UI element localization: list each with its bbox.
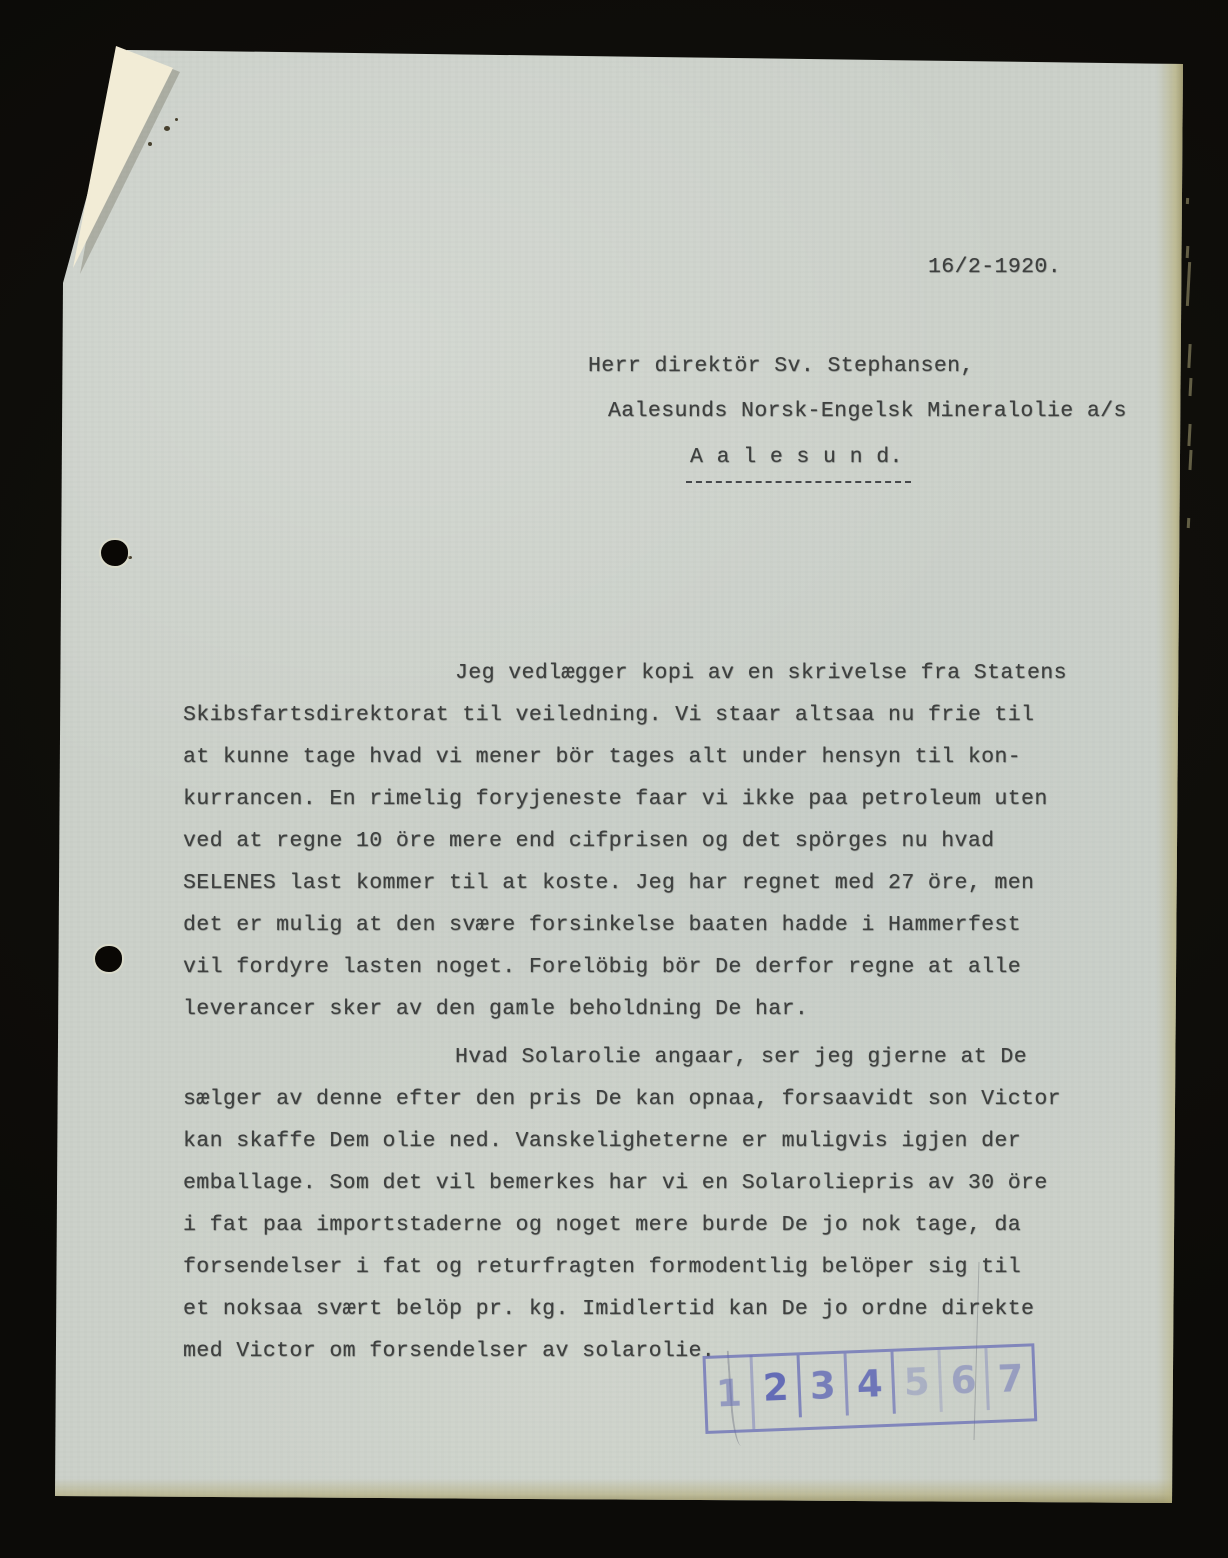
- stamp-digit: 3: [800, 1353, 849, 1417]
- binding-mark: [1187, 424, 1191, 446]
- body-line: at kunne tage hvad vi mener bör tages al…: [183, 736, 1088, 778]
- paper-speck: [164, 126, 170, 131]
- letter-body: Jeg vedlægger kopi av en skrivelse fra S…: [183, 652, 1088, 1372]
- stamp-digit: 5: [893, 1350, 942, 1414]
- stamp-digit: 2: [753, 1355, 802, 1419]
- body-line: Jeg vedlægger kopi av en skrivelse fra S…: [183, 652, 1088, 694]
- recipient-city: A a l e s u n d.: [686, 435, 1127, 483]
- punch-hole: [95, 946, 122, 972]
- body-line: vil fordyre lasten noget. Forelöbig bör …: [183, 946, 1088, 988]
- binding-mark: [1186, 198, 1189, 204]
- body-line: kan skaffe Dem olie ned. Vanskelighetern…: [183, 1120, 1088, 1162]
- binding-mark: [1188, 450, 1192, 470]
- body-line: ved at regne 10 öre mere end cifprisen o…: [183, 820, 1088, 862]
- binding-mark: [1189, 378, 1193, 396]
- body-line: leverancer sker av den gamle beholdning …: [183, 988, 1088, 1030]
- paper-speck: [148, 142, 152, 146]
- binding-mark: [1187, 344, 1191, 368]
- body-line: i fat paa importstaderne og noget mere b…: [183, 1204, 1088, 1246]
- body-line: kurrancen. En rimelig foryjeneste faar v…: [183, 778, 1088, 820]
- recipient-block: Herr direktör Sv. Stephansen, Aalesunds …: [588, 344, 1127, 483]
- stamp-digit: 6: [940, 1348, 989, 1412]
- body-line: det er mulig at den svære forsinkelse ba…: [183, 904, 1088, 946]
- stamp-digit: 7: [987, 1346, 1033, 1410]
- recipient-company: Aalesunds Norsk-Engelsk Mineralolie a/s: [608, 389, 1127, 434]
- body-line: SELENES last kommer til at koste. Jeg ha…: [183, 862, 1088, 904]
- letter-date: 16/2-1920.: [928, 255, 1061, 279]
- body-line: Hvad Solarolie angaar, ser jeg gjerne at…: [183, 1036, 1088, 1078]
- body-line: et noksaa svært belöp pr. kg. Imidlertid…: [183, 1288, 1088, 1330]
- body-line: Skibsfartsdirektorat til veiledning. Vi …: [183, 694, 1088, 736]
- paper-speck: [128, 556, 132, 559]
- paragraph: Hvad Solarolie angaar, ser jeg gjerne at…: [183, 1036, 1088, 1372]
- binding-mark: [1187, 518, 1191, 528]
- binding-mark: [1186, 262, 1191, 306]
- body-line: sælger av denne efter den pris De kan op…: [183, 1078, 1088, 1120]
- recipient-city-text: A a l e s u n d.: [686, 435, 911, 483]
- stamp-digit: 4: [847, 1352, 896, 1416]
- body-line: forsendelser i fat og returfragten formo…: [183, 1246, 1088, 1288]
- recipient-name: Herr direktör Sv. Stephansen,: [588, 344, 1127, 389]
- scanned-document: 16/2-1920. Herr direktör Sv. Stephansen,…: [0, 0, 1228, 1558]
- paper-speck: [175, 118, 178, 121]
- number-stamp: 1 2 3 4 5 6 7: [703, 1343, 1038, 1434]
- body-line: emballage. Som det vil bemerkes har vi e…: [183, 1162, 1088, 1204]
- paragraph: Jeg vedlægger kopi av en skrivelse fra S…: [183, 652, 1088, 1030]
- punch-hole: [101, 540, 128, 566]
- stamp-digit: 1: [706, 1355, 756, 1431]
- binding-mark: [1186, 246, 1190, 258]
